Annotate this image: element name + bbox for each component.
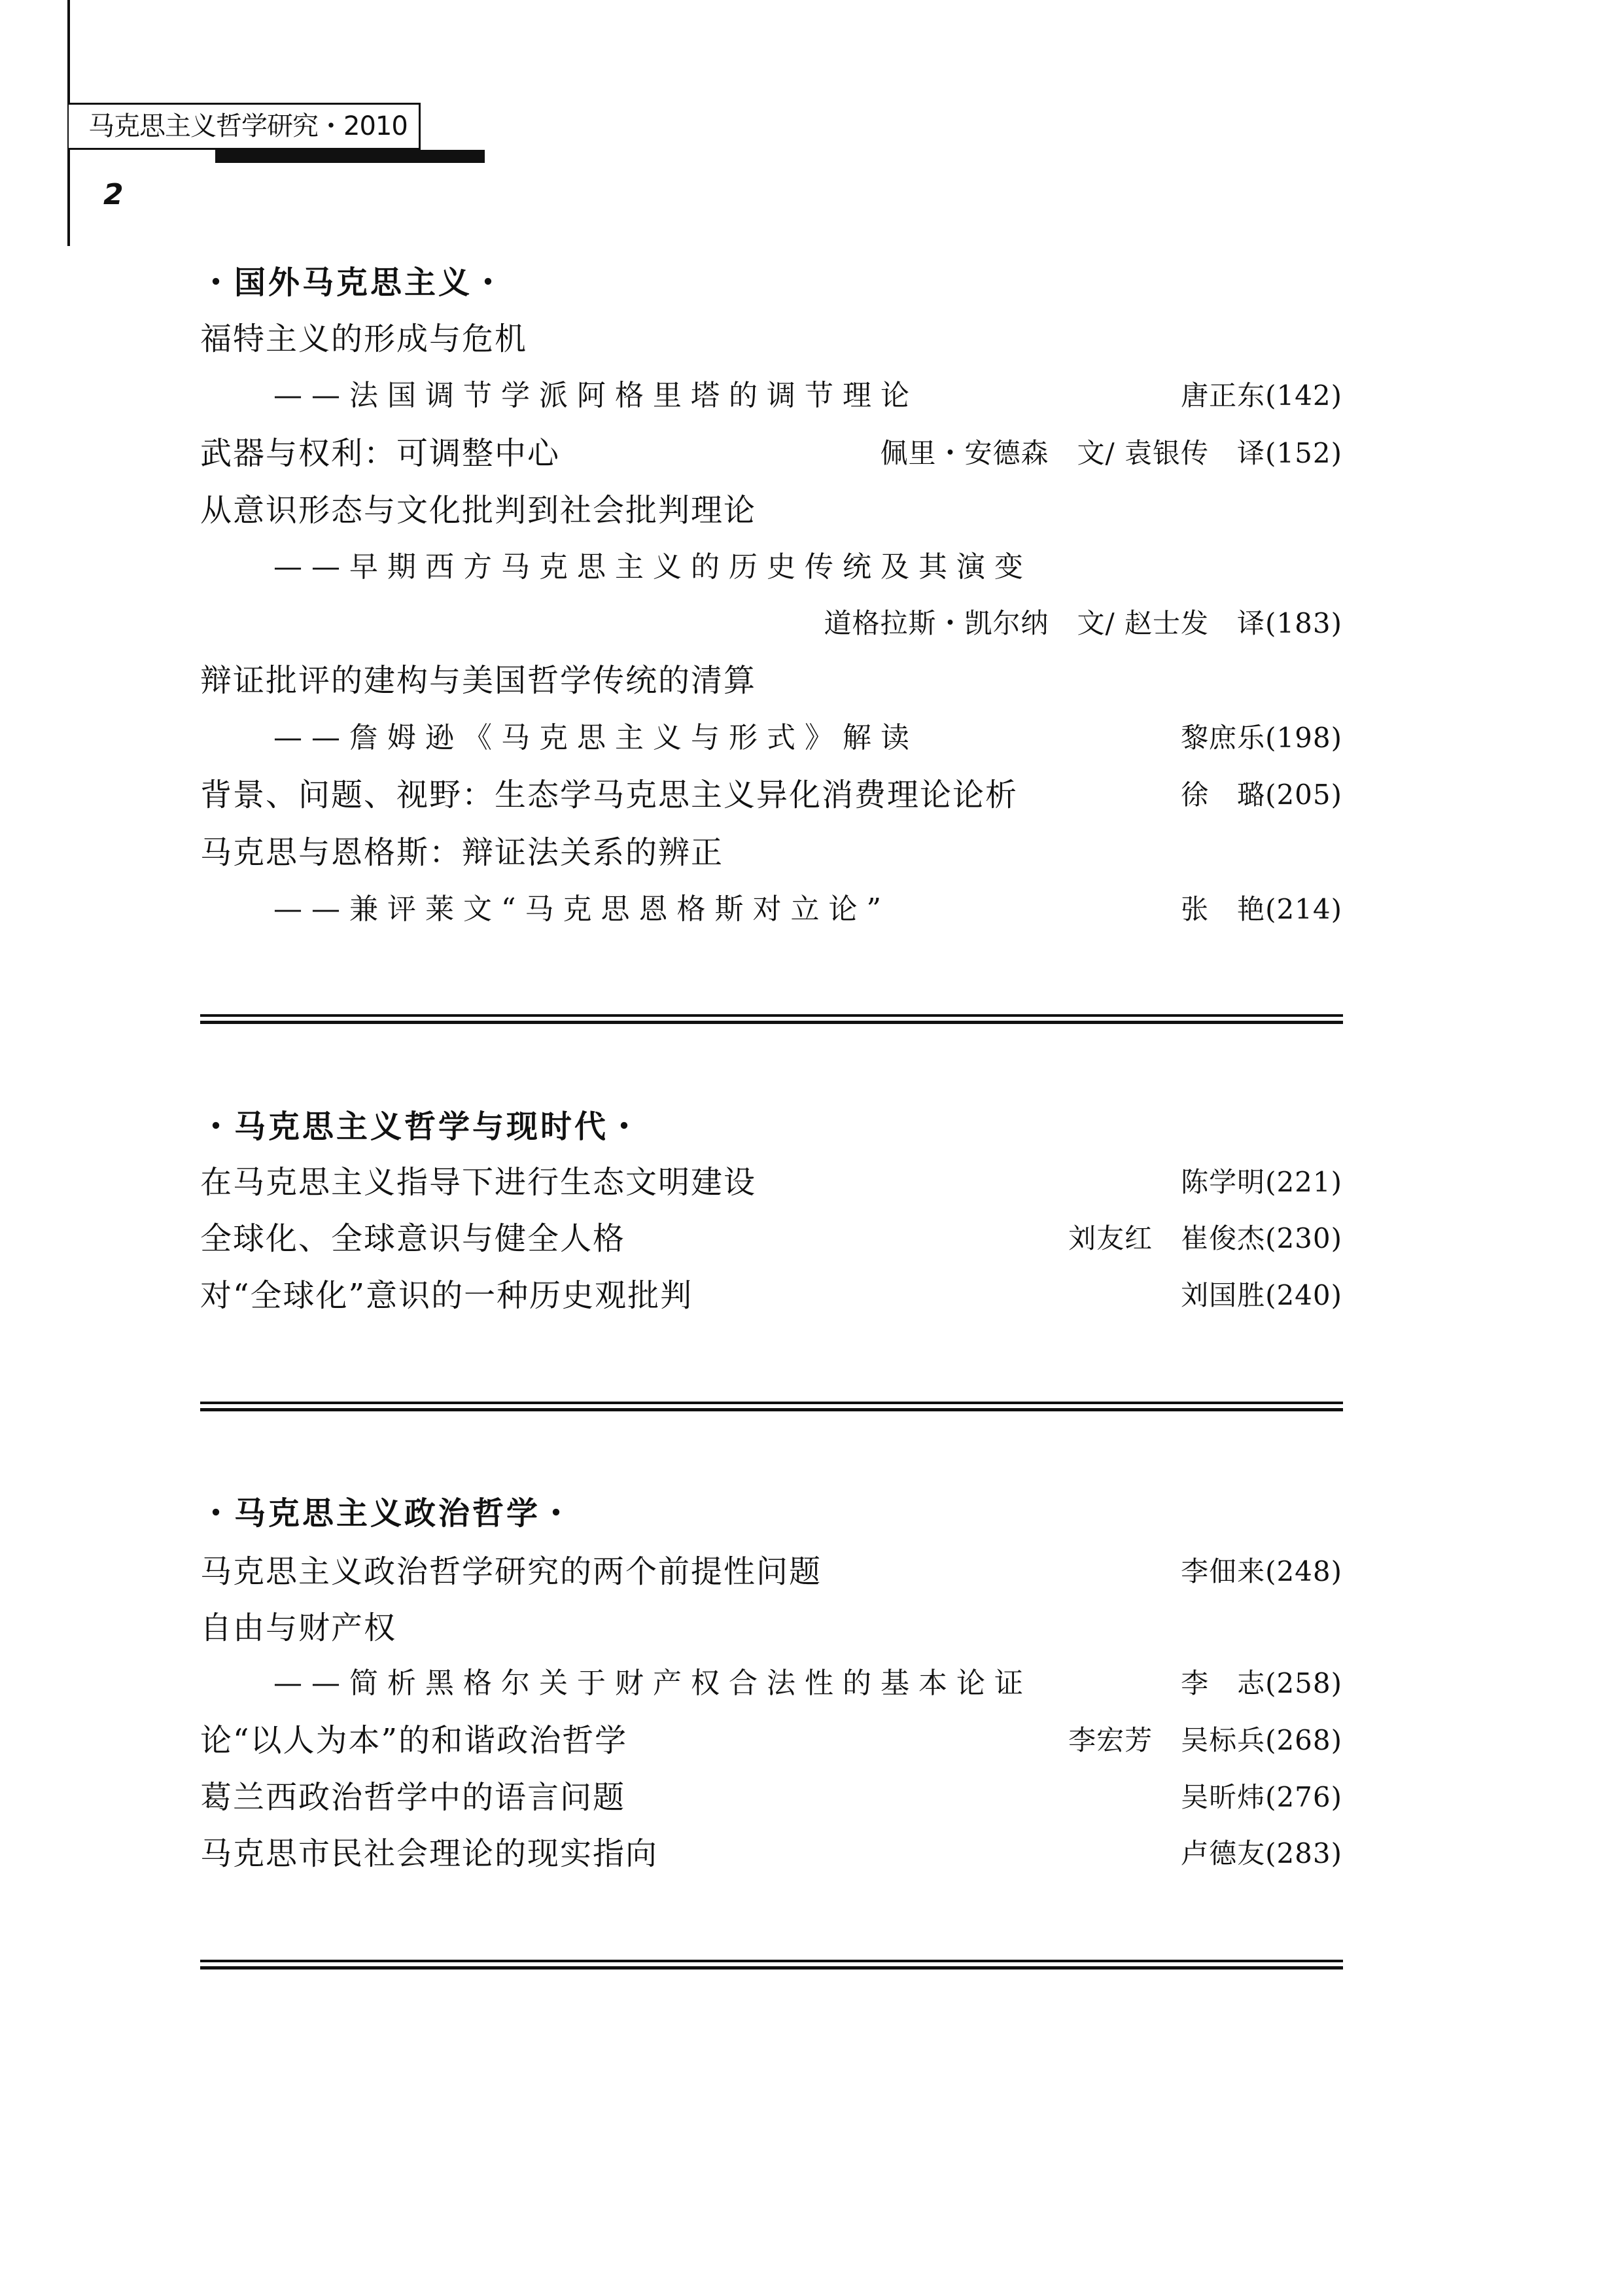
entry-title: 马克思主义政治哲学研究的两个前提性问题 bbox=[200, 1552, 822, 1591]
toc-entry-subtitle[interactable]: ——早期西方马克思主义的历史传统及其演变 bbox=[200, 548, 1342, 587]
entry-title: 马克思与恩格斯：辩证法关系的辨正 bbox=[200, 833, 724, 872]
entry-author-page: 吴昕炜(276) bbox=[1181, 1778, 1342, 1817]
entry-title: 在马克思主义指导下进行生态文明建设 bbox=[200, 1163, 756, 1202]
section-divider bbox=[200, 1014, 1343, 1024]
entry-author-page: 李佃来(248) bbox=[1181, 1552, 1342, 1591]
toc-entry[interactable]: 全球化、全球意识与健全人格 刘友红 崔俊杰(230) bbox=[200, 1219, 1342, 1258]
entry-author-page: 李宏芳 吴标兵(268) bbox=[1068, 1721, 1342, 1760]
entry-subtitle: ——詹姆逊《马克思主义与形式》解读 bbox=[273, 718, 918, 758]
toc-entry[interactable]: 福特主义的形成与危机 bbox=[200, 319, 1342, 359]
toc-entry[interactable]: 论“以人为本”的和谐政治哲学 李宏芳 吴标兵(268) bbox=[200, 1721, 1342, 1760]
entry-author-page: 张 艳(214) bbox=[1181, 890, 1342, 929]
entry-author-page: 唐正东(142) bbox=[1181, 376, 1342, 415]
entry-title: 自由与财产权 bbox=[200, 1608, 396, 1648]
entry-author-page: 李 志(258) bbox=[1181, 1664, 1342, 1703]
running-head-title: 马克思主义哲学研究・2010 bbox=[69, 103, 421, 150]
entry-title: 福特主义的形成与危机 bbox=[200, 319, 527, 359]
entry-subtitle: ——兼评莱文“马克思恩格斯对立论” bbox=[273, 890, 890, 929]
section-divider bbox=[200, 1960, 1343, 1969]
section-heading: ・马克思主义哲学与现时代・ bbox=[200, 1107, 642, 1146]
toc-entry-subtitle[interactable]: ——法国调节学派阿格里塔的调节理论 唐正东(142) bbox=[200, 376, 1342, 415]
entry-author-page: 道格拉斯・凯尔纳 文/ 赵士发 译(183) bbox=[824, 604, 1342, 643]
entry-subtitle: ——早期西方马克思主义的历史传统及其演变 bbox=[273, 548, 1032, 587]
entry-author-page: 陈学明(221) bbox=[1181, 1163, 1342, 1202]
entry-author-page: 佩里・安德森 文/ 袁银传 译(152) bbox=[881, 434, 1342, 473]
entry-author-page: 徐 璐(205) bbox=[1181, 775, 1342, 815]
toc-entry[interactable]: 辩证批评的建构与美国哲学传统的清算 bbox=[200, 661, 1342, 700]
entry-title: 葛兰西政治哲学中的语言问题 bbox=[200, 1778, 625, 1817]
entry-title: 全球化、全球意识与健全人格 bbox=[200, 1219, 625, 1258]
entry-title: 武器与权利：可调整中心 bbox=[200, 434, 560, 473]
entry-title: 从意识形态与文化批判到社会批判理论 bbox=[200, 491, 756, 530]
section-divider bbox=[200, 1402, 1343, 1411]
section-heading: ・国外马克思主义・ bbox=[200, 263, 506, 302]
toc-entry[interactable]: 马克思市民社会理论的现实指向 卢德友(283) bbox=[200, 1834, 1342, 1873]
entry-subtitle: ——简析黑格尔关于财产权合法性的基本论证 bbox=[273, 1664, 1032, 1703]
running-head-bar bbox=[215, 150, 485, 163]
toc-entry[interactable]: 自由与财产权 bbox=[200, 1608, 1342, 1648]
entry-author-page: 刘国胜(240) bbox=[1181, 1276, 1342, 1315]
toc-entry[interactable]: 马克思与恩格斯：辩证法关系的辨正 bbox=[200, 833, 1342, 872]
section-heading: ・马克思主义政治哲学・ bbox=[200, 1494, 574, 1533]
toc-entry[interactable]: 葛兰西政治哲学中的语言问题 吴昕炜(276) bbox=[200, 1778, 1342, 1817]
entry-subtitle: ——法国调节学派阿格里塔的调节理论 bbox=[273, 376, 918, 415]
toc-entry-subtitle[interactable]: ——詹姆逊《马克思主义与形式》解读 黎庶乐(198) bbox=[200, 718, 1342, 758]
entry-title: 马克思市民社会理论的现实指向 bbox=[200, 1834, 658, 1873]
toc-entry[interactable]: 武器与权利：可调整中心 佩里・安德森 文/ 袁银传 译(152) bbox=[200, 434, 1342, 473]
toc-entry-subtitle[interactable]: ——兼评莱文“马克思恩格斯对立论” 张 艳(214) bbox=[200, 890, 1342, 929]
entry-author-page: 卢德友(283) bbox=[1181, 1834, 1342, 1873]
toc-entry[interactable]: 在马克思主义指导下进行生态文明建设 陈学明(221) bbox=[200, 1163, 1342, 1202]
entry-title: 论“以人为本”的和谐政治哲学 bbox=[200, 1721, 627, 1760]
toc-entry[interactable]: 对“全球化”意识的一种历史观批判 刘国胜(240) bbox=[200, 1276, 1342, 1315]
toc-entry[interactable]: 从意识形态与文化批判到社会批判理论 bbox=[200, 491, 1342, 530]
entry-title: 对“全球化”意识的一种历史观批判 bbox=[200, 1276, 693, 1315]
toc-entry[interactable]: 背景、问题、视野：生态学马克思主义异化消费理论论析 徐 璐(205) bbox=[200, 775, 1342, 815]
entry-author-page: 黎庶乐(198) bbox=[1181, 718, 1342, 758]
entry-author-page: 刘友红 崔俊杰(230) bbox=[1068, 1219, 1342, 1258]
toc-entry-subtitle[interactable]: ——简析黑格尔关于财产权合法性的基本论证 李 志(258) bbox=[200, 1664, 1342, 1703]
toc-entry[interactable]: 马克思主义政治哲学研究的两个前提性问题 李佃来(248) bbox=[200, 1552, 1342, 1591]
entry-title: 辩证批评的建构与美国哲学传统的清算 bbox=[200, 661, 756, 700]
entry-title: 背景、问题、视野：生态学马克思主义异化消费理论论析 bbox=[200, 775, 1018, 815]
toc-entry-author-line[interactable]: 道格拉斯・凯尔纳 文/ 赵士发 译(183) bbox=[200, 604, 1342, 643]
page-number: 2 bbox=[103, 175, 124, 215]
